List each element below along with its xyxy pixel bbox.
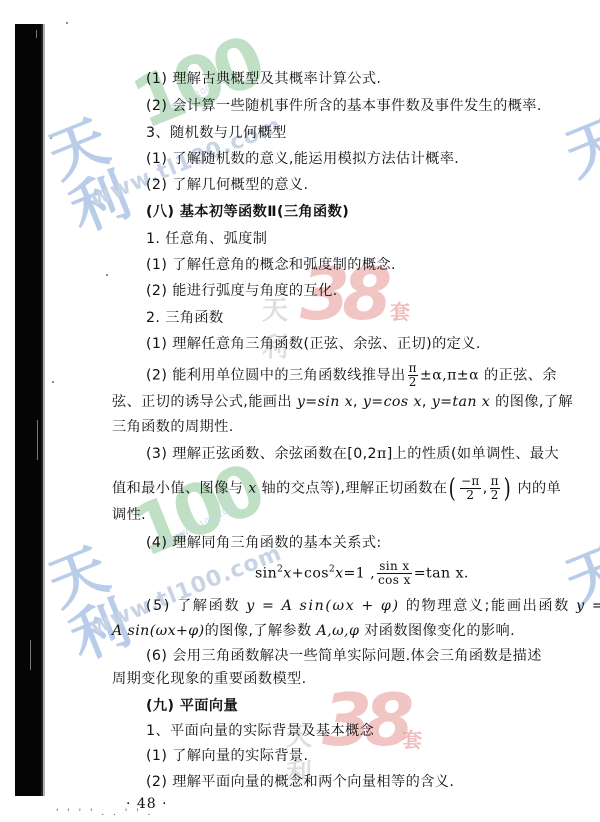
watermark-set-suffix: 套	[402, 724, 422, 753]
scan-artifact-text: ' ' ' ' . . ' ' .	[56, 808, 153, 818]
scan-speck	[30, 640, 31, 670]
fraction-numerator: −π	[460, 475, 481, 489]
fraction-sin-over-cos: sin xcos x	[377, 560, 412, 587]
text-line-with-formula: (3) 理解正弦函数、余弦函数在[0,2π]上的性质(如单调性、最大	[146, 445, 559, 463]
math-span: ±α,π±α	[420, 368, 479, 384]
text-line: 三角函数的周期性.	[112, 418, 234, 436]
scan-dot	[50, 137, 52, 139]
math-span: x	[283, 566, 291, 582]
math-span: =1 ,	[344, 566, 376, 582]
text-span: ,	[422, 394, 432, 410]
math-paren: (	[449, 476, 456, 502]
scan-speck	[37, 420, 38, 460]
section-heading: 2. 三角函数	[146, 309, 224, 327]
watermark-set-suffix: 套	[390, 296, 410, 325]
text-line: (1) 了解任意角的概念和弧度制的概念.	[146, 256, 396, 274]
chapter-heading-9: (九) 平面向量	[146, 697, 238, 715]
text-line: 调性.	[112, 506, 146, 524]
text-line: 周期变化现象的重要函数模型.	[112, 670, 307, 688]
text-span: 的正弦、余	[479, 368, 557, 384]
text-line: (2) 会计算一些随机事件所含的基本事件数及事件发生的概率.	[146, 97, 542, 115]
text-line-with-formula: (5) 了解函数 y = A sin(ωx + φ) 的物理意义;能画出函数 y…	[146, 597, 600, 615]
fraction-denominator: 2	[460, 489, 481, 502]
text-span: 的物理意义;能画出函数	[400, 598, 576, 614]
book-spine-shadow	[15, 24, 41, 796]
text-span: (3) 理解正弦函数、余弦函数在[0,2	[146, 446, 377, 462]
text-line: (2) 能进行弧度与角度的互化.	[146, 282, 338, 300]
math-paren: )	[504, 476, 511, 502]
watermark-tianli-edge-top: 天	[557, 109, 600, 185]
fraction-pi-over-2: π2	[490, 475, 500, 502]
chapter-heading-8: (八) 基本初等函数Ⅱ(三角函数)	[146, 203, 349, 221]
watermark-tianli-text: 天利	[40, 539, 137, 668]
math-span: =tan x.	[414, 566, 469, 582]
fraction-numerator: π	[490, 475, 500, 489]
text-span: 对函数图像变化的影响.	[359, 623, 515, 639]
text-line: (1) 理解任意角三角函数(正弦、余弦、正切)的定义.	[146, 335, 481, 353]
math-span: y = A sin(ωx + φ)	[246, 598, 399, 614]
fraction-numerator: π	[408, 362, 418, 376]
text-span: (5) 了解函数	[146, 598, 246, 614]
text-line-with-formula: 值和最小值、图像与 x 轴的交点等),理解正切函数在(−π2,π2) 内的单	[112, 475, 561, 502]
math-span: x	[248, 481, 256, 497]
section-heading: 3、随机数与几何概型	[146, 124, 287, 142]
text-line-with-formula: 弦、正切的诱导公式,能画出 y=sin x, y=cos x, y=tan x …	[112, 393, 573, 411]
watermark-38-number: 38	[322, 684, 406, 756]
fraction-numerator: sin x	[377, 560, 412, 574]
text-span: 内的单	[512, 481, 561, 497]
section-heading: 1、平面向量的实际背景及基本概念	[146, 722, 374, 740]
fraction-neg-pi-over-2: −π2	[460, 475, 481, 502]
math-span: y=sin x	[297, 394, 353, 410]
text-line: (1) 了解随机数的意义,能运用模拟方法估计概率.	[146, 150, 459, 168]
math-span: ,	[483, 481, 488, 497]
math-span: y=tan x	[432, 394, 491, 410]
math-span: +cos	[292, 566, 329, 582]
section-heading: 1. 任意角、弧度制	[146, 230, 267, 248]
scan-dot	[106, 274, 108, 276]
math-span: A,ω,φ	[317, 623, 360, 639]
watermark-tianli-text: 天利	[40, 111, 137, 240]
math-span: π	[377, 446, 387, 462]
scan-speck	[36, 30, 37, 38]
fraction-denominator: 2	[490, 489, 500, 502]
text-line: (1) 理解古典概型及其概率计算公式.	[146, 70, 381, 88]
text-line: (4) 理解同角三角函数的基本关系式:	[146, 534, 382, 552]
text-line-with-formula: (2) 能利用单位圆中的三角函数线推导出π2±α,π±α 的正弦、余	[146, 362, 557, 389]
scan-dot	[52, 381, 54, 383]
text-span: ]上的性质(如单调性、最大	[387, 446, 559, 462]
fraction-pi-over-2: π2	[408, 362, 418, 389]
text-line: (2) 了解几何概型的意义.	[146, 176, 308, 194]
text-line: (1) 了解向量的实际背景.	[146, 747, 308, 765]
text-line: (2) 理解平面向量的概念和两个向量相等的含义.	[146, 773, 454, 791]
math-span: sin	[255, 566, 277, 582]
fraction-denominator: 2	[408, 376, 418, 389]
text-span: 轴的交点等),理解正切函数在	[257, 481, 448, 497]
math-span: y=cos x	[363, 394, 422, 410]
text-line-with-formula: A sin(ωx+φ)的图像,了解参数 A,ω,φ 对函数图像变化的影响.	[112, 622, 515, 640]
text-span: (2) 能利用单位圆中的三角函数线推导出	[146, 368, 406, 384]
text-span: ,	[353, 394, 363, 410]
fraction-denominator: cos x	[377, 574, 412, 587]
math-span: A sin(ωx+φ)	[112, 623, 205, 639]
text-span: 的图像,了解	[490, 394, 573, 410]
text-span: 值和最小值、图像与	[112, 481, 248, 497]
formula-identity: sin2x+cos2x=1 ,sin xcos x=tan x.	[255, 560, 469, 587]
text-span: 的图像,了解参数	[205, 623, 317, 639]
text-span: 弦、正切的诱导公式,能画出	[112, 394, 297, 410]
math-span: x	[335, 566, 343, 582]
text-line: (6) 会用三角函数解决一些简单实际问题.体会三角函数是描述	[146, 647, 542, 665]
math-span: y =	[576, 598, 600, 614]
scan-dot	[66, 22, 68, 24]
